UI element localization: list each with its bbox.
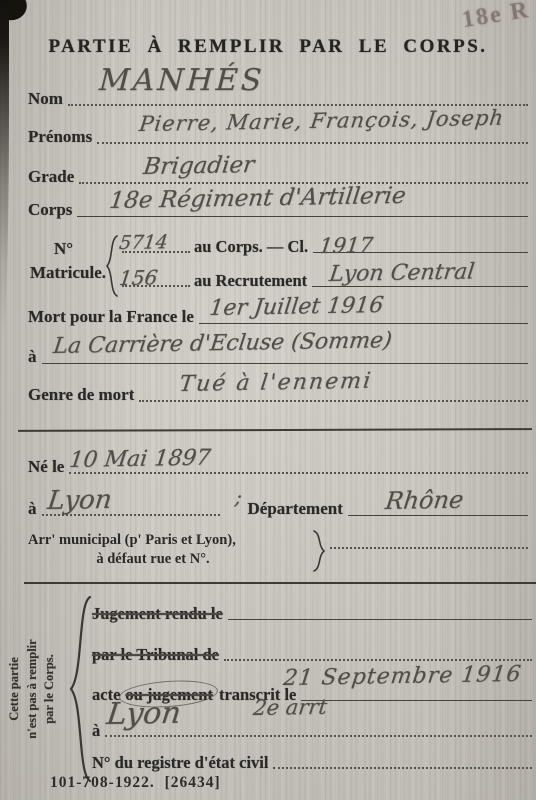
departement-value: Rhône bbox=[384, 488, 465, 513]
dotted-line bbox=[68, 104, 528, 106]
regiment-stamp: 18e R bbox=[460, 0, 531, 34]
form-title: PARTIE À REMPLIR PAR LE CORPS. bbox=[0, 36, 536, 58]
field-row-registre: N° du registre d'état civil bbox=[92, 754, 532, 772]
side-note-line: par le Corps. bbox=[41, 598, 59, 780]
lieu-naissance-value: Lyon bbox=[46, 487, 113, 514]
scanned-military-death-record: 18e R PARTIE À REMPLIR PAR LE CORPS. Nom… bbox=[0, 0, 536, 800]
nom-value: MANHÉS bbox=[95, 66, 268, 96]
ruled-line bbox=[199, 323, 528, 324]
field-label-grade: Grade bbox=[28, 168, 74, 187]
field-label-lieu-naissance: à bbox=[28, 500, 37, 519]
ruled-line bbox=[77, 216, 528, 217]
field-row-grade: Grade bbox=[28, 168, 528, 187]
ruled-line bbox=[42, 363, 529, 364]
section-divider bbox=[24, 582, 536, 584]
field-label-corps: Corps bbox=[28, 201, 72, 220]
corps-value: 18e Régiment d'Artillerie bbox=[108, 185, 407, 213]
matricule-label: Matricule. bbox=[30, 264, 106, 283]
field-row-jugement: Jugement rendu le bbox=[92, 605, 532, 623]
closing-brace-glyph bbox=[312, 529, 326, 573]
field-label-genre-mort: Genre de mort bbox=[28, 386, 134, 405]
side-note-vertical: Cette partie n'est pas à remplir par le … bbox=[6, 598, 60, 780]
field-label-ne-le: Né le bbox=[28, 458, 64, 477]
side-note-line: n'est pas à remplir bbox=[24, 598, 42, 780]
ruled-line bbox=[348, 515, 528, 516]
ruled-line bbox=[301, 700, 532, 701]
lieu-transcription-value: Lyon bbox=[105, 699, 183, 730]
arrondissement-block: Arr' municipal (p' Paris et Lyon), à déf… bbox=[28, 531, 528, 573]
matricule-label-no: N° bbox=[54, 240, 73, 259]
lieu-deces-value: La Carrière d'Ecluse (Somme) bbox=[52, 330, 393, 358]
field-label-prenoms: Prénoms bbox=[28, 128, 92, 147]
side-note-line: Cette partie bbox=[6, 598, 24, 780]
dotted-line bbox=[330, 547, 528, 549]
au-recrutement-label: au Recrutement bbox=[194, 272, 307, 290]
transcription-date-value: 21 Septembre 1916 bbox=[282, 664, 523, 690]
dotted-line bbox=[273, 767, 532, 769]
dotted-line bbox=[69, 472, 528, 474]
grade-value: Brigadier bbox=[142, 154, 255, 179]
arrondissement-transcription-value: 2e arrt bbox=[252, 697, 328, 719]
genre-mort-value: Tué à l'ennemi bbox=[178, 371, 373, 396]
section-divider bbox=[18, 428, 532, 432]
matricule-corps-value: 5714 bbox=[118, 233, 169, 253]
recrutement-place-value: Lyon Central bbox=[328, 261, 476, 286]
field-label-lieu-deces: à bbox=[28, 348, 37, 367]
dotted-line bbox=[79, 182, 528, 184]
ruled-line bbox=[228, 619, 532, 620]
dotted-line bbox=[224, 659, 532, 661]
matricule-recrutement-value: 156 bbox=[118, 267, 159, 288]
field-label-jugement: Jugement rendu le bbox=[92, 605, 223, 623]
dotted-line bbox=[139, 400, 528, 402]
field-label-lieu-transcription: à bbox=[92, 722, 100, 740]
dotted-line bbox=[97, 142, 528, 144]
arrondissement-label-line2: à défaut rue et N°. bbox=[28, 551, 278, 568]
mort-date-value: 1er Juillet 1916 bbox=[208, 295, 385, 320]
opening-brace-glyph bbox=[66, 594, 94, 784]
field-label-nom: Nom bbox=[28, 90, 63, 109]
field-label-mort: Mort pour la France le bbox=[28, 308, 194, 327]
dotted-line bbox=[105, 735, 532, 737]
form-reference-number: 101-708-1922. [26434] bbox=[50, 774, 221, 792]
classe-value: 1917 bbox=[318, 235, 374, 257]
naissance-date-value: 10 Mai 1897 bbox=[68, 448, 212, 472]
au-corps-label: au Corps. — Cl. bbox=[194, 238, 308, 256]
field-label-departement: Département bbox=[248, 500, 343, 519]
field-row-tribunal: par le Tribunal de bbox=[92, 646, 532, 664]
field-label-registre: N° du registre d'état civil bbox=[92, 754, 268, 772]
field-label-tribunal: par le Tribunal de bbox=[92, 646, 219, 664]
